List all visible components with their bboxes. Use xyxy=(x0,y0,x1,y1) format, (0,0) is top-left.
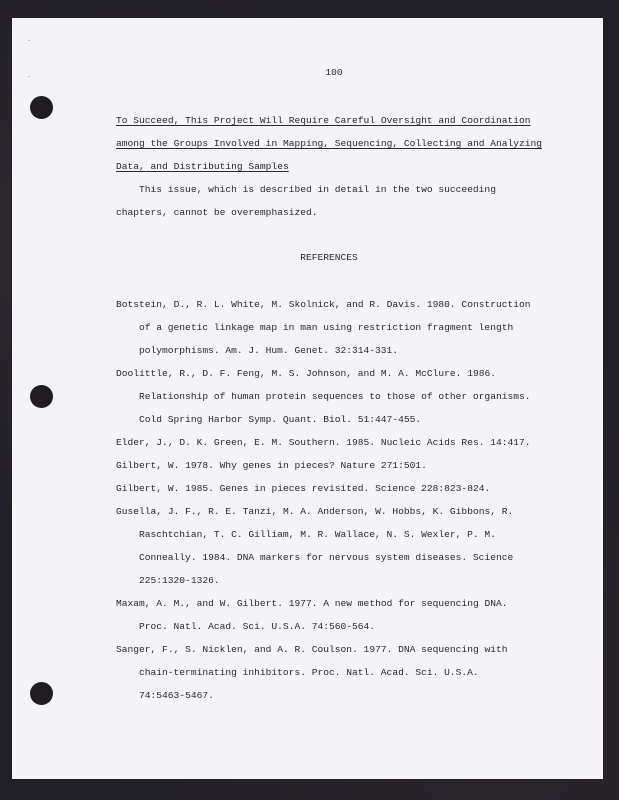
reference-line: Relationship of human protein sequences … xyxy=(139,391,531,403)
page-number: 100 xyxy=(325,67,342,79)
reference-line: chain-terminating inhibitors. Proc. Natl… xyxy=(139,667,479,679)
reference-line: 74:5463-5467. xyxy=(139,690,214,702)
document-page: 100 To Succeed, This Project Will Requir… xyxy=(12,18,603,779)
reference-line: Sanger, F., S. Nicklen, and A. R. Coulso… xyxy=(116,644,508,656)
paper-speck xyxy=(28,40,30,41)
reference-line: Maxam, A. M., and W. Gilbert. 1977. A ne… xyxy=(116,598,508,610)
reference-line: polymorphisms. Am. J. Hum. Genet. 32:314… xyxy=(139,345,398,357)
reference-line: Doolittle, R., D. F. Feng, M. S. Johnson… xyxy=(116,368,496,380)
reference-line: Elder, J., D. K. Green, E. M. Southern. … xyxy=(116,437,531,449)
paper-speck xyxy=(28,76,30,77)
reference-line: Gusella, J. F., R. E. Tanzi, M. A. Ander… xyxy=(116,506,513,518)
reference-line: Raschtchian, T. C. Gilliam, M. R. Wallac… xyxy=(139,529,496,541)
punch-hole-middle xyxy=(30,385,53,408)
reference-line: Conneally. 1984. DNA markers for nervous… xyxy=(139,552,513,564)
punch-hole-bottom xyxy=(30,682,53,705)
punch-hole-top xyxy=(30,96,53,119)
reference-line: Botstein, D., R. L. White, M. Skolnick, … xyxy=(116,299,531,311)
reference-line: Proc. Natl. Acad. Sci. U.S.A. 74:560-564… xyxy=(139,621,375,633)
section-heading-line-1: To Succeed, This Project Will Require Ca… xyxy=(116,115,531,127)
references-title: REFERENCES xyxy=(300,252,358,264)
reference-line: of a genetic linkage map in man using re… xyxy=(139,322,513,334)
section-heading-line-3: Data, and Distributing Samples xyxy=(116,161,289,173)
paragraph-line-2: chapters, cannot be overemphasized. xyxy=(116,207,318,219)
reference-line: Gilbert, W. 1978. Why genes in pieces? N… xyxy=(116,460,427,472)
reference-line: Cold Spring Harbor Symp. Quant. Biol. 51… xyxy=(139,414,421,426)
reference-line: Gilbert, W. 1985. Genes in pieces revisi… xyxy=(116,483,490,495)
paragraph-line-1: This issue, which is described in detail… xyxy=(139,184,496,196)
section-heading-line-2: among the Groups Involved in Mapping, Se… xyxy=(116,138,542,150)
reference-line: 225:1320-1326. xyxy=(139,575,220,587)
